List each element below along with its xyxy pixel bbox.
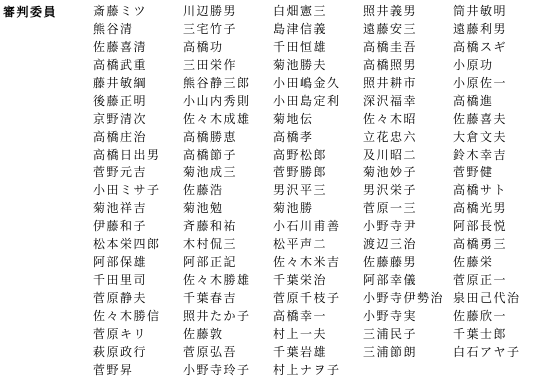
name-item: 佐藤栄 bbox=[453, 254, 521, 272]
name-item: 三田栄作 bbox=[183, 57, 251, 75]
name-item: 佐々木昭 bbox=[363, 111, 444, 129]
name-item: 高橋日出男 bbox=[93, 147, 161, 165]
name-item: 高橋圭吾 bbox=[363, 39, 444, 57]
name-item: 高橋進 bbox=[453, 93, 521, 111]
name-item: 阿部保雄 bbox=[93, 254, 161, 272]
name-item: 高橋勇三 bbox=[453, 236, 521, 254]
name-item: 村上ナヲ子 bbox=[273, 362, 341, 377]
name-item: 小田ミサ子 bbox=[93, 182, 161, 200]
name-item: 斎藤ミツ bbox=[93, 3, 161, 21]
name-item: 小石川甫善 bbox=[273, 218, 341, 236]
name-item: 照井義男 bbox=[363, 3, 444, 21]
name-item: 千葉春吉 bbox=[183, 290, 251, 308]
name-item: 高橋スギ bbox=[453, 39, 521, 57]
name-item: 照井たか子 bbox=[183, 308, 251, 326]
name-item: 遠藤利男 bbox=[453, 21, 521, 39]
label-column: 審判委員 bbox=[3, 3, 57, 21]
name-item: 男沢栄子 bbox=[363, 182, 444, 200]
name-column-3: 白畑憲三島津信義千田恒雄菊池勝夫小田嶋金久小田島定利菊地伝高橋孝高野松郎菅野勝郎… bbox=[273, 3, 341, 377]
name-column-5: 筒井敏明遠藤利男高橋スギ小原功小原佐一高橋進佐藤喜夫大倉文夫鈴木幸吉菅野健高橋サ… bbox=[453, 3, 521, 362]
name-item: 菅原千枝子 bbox=[273, 290, 341, 308]
name-item: 小田島定利 bbox=[273, 93, 341, 111]
name-item: 男沢平三 bbox=[273, 182, 341, 200]
name-item: 川辺勝男 bbox=[183, 3, 251, 21]
name-item: 千葉士郎 bbox=[453, 326, 521, 344]
name-item: 高橋孝 bbox=[273, 129, 341, 147]
name-item: 村上一夫 bbox=[273, 326, 341, 344]
name-item: 阿部長悦 bbox=[453, 218, 521, 236]
name-item: 菅野元吉 bbox=[93, 164, 161, 182]
name-item: 小山内秀則 bbox=[183, 93, 251, 111]
name-item: 三宅竹子 bbox=[183, 21, 251, 39]
name-item: 高橋功 bbox=[183, 39, 251, 57]
name-item: 菅原弘吾 bbox=[183, 344, 251, 362]
name-item: 佐藤喜夫 bbox=[453, 111, 521, 129]
name-item: 松平声二 bbox=[273, 236, 341, 254]
name-item: 菊池勝 bbox=[273, 200, 341, 218]
name-item: 佐藤藤男 bbox=[363, 254, 444, 272]
name-item: 立花忠六 bbox=[363, 129, 444, 147]
name-item: 小野寺実 bbox=[363, 308, 444, 326]
name-item: 高橋庄治 bbox=[93, 129, 161, 147]
name-item: 三浦民子 bbox=[363, 326, 444, 344]
name-item: 萩原政行 bbox=[93, 344, 161, 362]
name-item: 佐々木勝雄 bbox=[183, 272, 251, 290]
name-item: 佐々木米吉 bbox=[273, 254, 341, 272]
name-item: 小野寺伊勢治 bbox=[363, 290, 444, 308]
referee-committee-list: 審判委員 斎藤ミツ熊谷清佐藤喜清高橋武重藤井敏綱後藤正明京野清次高橋庄治高橋日出… bbox=[0, 0, 535, 377]
name-item: 菊池成三 bbox=[183, 164, 251, 182]
name-item: 菊池妙子 bbox=[363, 164, 444, 182]
name-item: 千田里司 bbox=[93, 272, 161, 290]
name-item: 斉藤和祐 bbox=[183, 218, 251, 236]
name-item: 熊谷静三郎 bbox=[183, 75, 251, 93]
name-item: 阿部正記 bbox=[183, 254, 251, 272]
name-item: 高橋武重 bbox=[93, 57, 161, 75]
name-item: 菅野昇 bbox=[93, 362, 161, 377]
name-item: 菊池勝夫 bbox=[273, 57, 341, 75]
name-item: 白畑憲三 bbox=[273, 3, 341, 21]
name-item: 深沢福幸 bbox=[363, 93, 444, 111]
name-item: 高橋節子 bbox=[183, 147, 251, 165]
name-item: 照井耕市 bbox=[363, 75, 444, 93]
name-column-2: 川辺勝男三宅竹子高橋功三田栄作熊谷静三郎小山内秀則佐々木成雄高橋勝恵高橋節子菊池… bbox=[183, 3, 251, 377]
name-item: 佐々木勝信 bbox=[93, 308, 161, 326]
name-item: 菊池祥吉 bbox=[93, 200, 161, 218]
name-item: 熊谷清 bbox=[93, 21, 161, 39]
name-item: 伊藤和子 bbox=[93, 218, 161, 236]
name-item: 泉田己代治 bbox=[453, 290, 521, 308]
name-item: 小野寺尹 bbox=[363, 218, 444, 236]
name-item: 菅野健 bbox=[453, 164, 521, 182]
name-item: 高橋光男 bbox=[453, 200, 521, 218]
name-item: 佐藤浩 bbox=[183, 182, 251, 200]
name-item: 菅原正一 bbox=[453, 272, 521, 290]
name-item: 高橋勝恵 bbox=[183, 129, 251, 147]
name-item: 菅原キリ bbox=[93, 326, 161, 344]
name-item: 及川昭二 bbox=[363, 147, 444, 165]
name-item: 小原功 bbox=[453, 57, 521, 75]
name-item: 高橋幸一 bbox=[273, 308, 341, 326]
name-item: 小野寺玲子 bbox=[183, 362, 251, 377]
name-item: 渡辺三治 bbox=[363, 236, 444, 254]
name-item: 高橋照男 bbox=[363, 57, 444, 75]
name-item: 白石アヤ子 bbox=[453, 344, 521, 362]
name-item: 三浦節朗 bbox=[363, 344, 444, 362]
name-item: 筒井敏明 bbox=[453, 3, 521, 21]
name-item: 藤井敏綱 bbox=[93, 75, 161, 93]
name-item: 大倉文夫 bbox=[453, 129, 521, 147]
name-item: 菅原静夫 bbox=[93, 290, 161, 308]
name-item: 島津信義 bbox=[273, 21, 341, 39]
name-column-1: 斎藤ミツ熊谷清佐藤喜清高橋武重藤井敏綱後藤正明京野清次高橋庄治高橋日出男菅野元吉… bbox=[93, 3, 161, 377]
name-item: 千葉栄治 bbox=[273, 272, 341, 290]
name-item: 菊池勉 bbox=[183, 200, 251, 218]
name-item: 松本栄四郎 bbox=[93, 236, 161, 254]
name-item: 佐藤喜清 bbox=[93, 39, 161, 57]
name-item: 菅原一三 bbox=[363, 200, 444, 218]
name-item: 鈴木幸吉 bbox=[453, 147, 521, 165]
name-item: 京野清次 bbox=[93, 111, 161, 129]
name-item: 後藤正明 bbox=[93, 93, 161, 111]
name-item: 高野松郎 bbox=[273, 147, 341, 165]
name-item: 佐藤敦 bbox=[183, 326, 251, 344]
name-column-4: 照井義男遠藤安三高橋圭吾高橋照男照井耕市深沢福幸佐々木昭立花忠六及川昭二菊池妙子… bbox=[363, 3, 444, 362]
name-item: 千田恒雄 bbox=[273, 39, 341, 57]
name-item: 菅野勝郎 bbox=[273, 164, 341, 182]
name-item: 遠藤安三 bbox=[363, 21, 444, 39]
name-item: 木村侃三 bbox=[183, 236, 251, 254]
committee-label: 審判委員 bbox=[3, 3, 57, 21]
name-item: 阿部幸儀 bbox=[363, 272, 444, 290]
name-item: 高橋サト bbox=[453, 182, 521, 200]
name-item: 小原佐一 bbox=[453, 75, 521, 93]
name-item: 佐々木成雄 bbox=[183, 111, 251, 129]
name-item: 小田嶋金久 bbox=[273, 75, 341, 93]
name-item: 佐藤欣一 bbox=[453, 308, 521, 326]
name-item: 菊地伝 bbox=[273, 111, 341, 129]
name-item: 千葉岩雄 bbox=[273, 344, 341, 362]
